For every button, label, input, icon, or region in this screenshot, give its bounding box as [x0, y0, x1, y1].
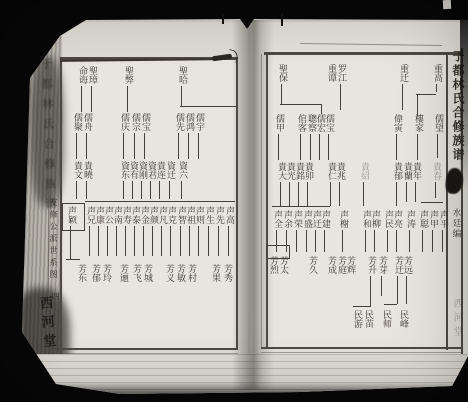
tree-connector: [85, 201, 235, 202]
book-photo: 于都林氏合修族谱 西河堂 命诲聖璋聖弊聖哈儒聚儒舟儒庆儒宗儒宝儒先儒鸿儒宇貴文貴…: [0, 0, 468, 402]
genealogy-name: 儒宇: [194, 113, 204, 131]
genealogy-name: 声涛: [405, 210, 415, 228]
genealogy-name: 儒甲: [274, 114, 284, 132]
chart-border: [266, 52, 268, 348]
tree-connector: [417, 94, 418, 116]
tree-connector: [421, 202, 443, 203]
genealogy-name: 聖弊: [123, 66, 133, 84]
chart-border: [236, 57, 238, 349]
tree-line: [127, 86, 128, 112]
tree-line: [387, 230, 388, 252]
genealogy-name: 芳逦: [118, 264, 128, 282]
chart-border: [48, 353, 238, 354]
tree-line: [315, 230, 316, 252]
genealogy-name: 儒望: [433, 114, 443, 132]
genealogy-name: 民师: [381, 310, 391, 328]
tree-line: [81, 86, 82, 112]
genealogy-name: 芳村: [186, 264, 196, 282]
tree-line: [342, 230, 343, 252]
genealogy-name: 貴紹: [359, 162, 369, 180]
tree-line: [116, 226, 117, 256]
genealogy-name: 貴兆: [335, 162, 345, 180]
tree-line: [218, 226, 219, 256]
tree-line: [189, 226, 190, 256]
genealogy-name: 芳郁: [90, 264, 100, 282]
tree-line: [296, 230, 297, 252]
tree-line: [198, 133, 199, 159]
tree-line: [125, 226, 126, 256]
tree-line: [180, 226, 181, 256]
tree-line: [417, 134, 418, 160]
genealogy-name: 儒宗: [130, 113, 140, 131]
genealogy-name: 重迁: [398, 64, 408, 82]
tree-line: [141, 181, 142, 199]
tree-line: [422, 230, 423, 252]
genealogy-name: 芳玲: [101, 264, 111, 282]
tree-line: [208, 226, 209, 256]
tree-line: [134, 133, 135, 159]
genealogy-name: 聖璋: [87, 66, 97, 84]
left-page-section-caption: 友修公派世系图: [48, 198, 59, 282]
chart-border: [261, 347, 462, 349]
genealogy-name: 声建: [320, 210, 330, 228]
genealogy-name: 声聪: [418, 210, 428, 228]
genealogy-name: 儒庆: [119, 113, 129, 131]
tree-line: [374, 230, 375, 252]
tree-line: [381, 276, 382, 296]
tree-line: [442, 230, 443, 252]
photo-artifact: [443, 0, 451, 9]
tree-line: [409, 230, 410, 252]
photo-artifact: [281, 14, 283, 26]
genealogy-name: 芳久: [307, 256, 317, 274]
tree-line: [161, 226, 162, 256]
open-book: 于都林氏合修族谱 西河堂 命诲聖璋聖弊聖哈儒聚儒舟儒庆儒宗儒宝儒先儒鸿儒宇貴文貴…: [0, 0, 468, 402]
genealogy-name: 重谭: [326, 64, 336, 82]
tree-line: [436, 84, 437, 92]
chart-border: [446, 52, 448, 350]
tree-line: [150, 181, 151, 199]
left-page-number: 四: [50, 292, 61, 300]
genealogy-name: 声亮: [392, 210, 402, 228]
tree-connector: [66, 259, 80, 260]
tree-line: [306, 230, 307, 252]
genealogy-name: 民苗: [363, 310, 373, 328]
genealogy-name: 芳敏: [175, 264, 185, 282]
genealogy-name: 倌客: [296, 114, 306, 132]
tree-line: [143, 226, 144, 256]
tree-line: [169, 181, 170, 199]
tree-connector: [353, 306, 371, 307]
tree-line: [181, 181, 182, 199]
tree-line: [363, 182, 364, 206]
genealogy-name: 芳飞: [131, 264, 141, 282]
genealogy-name: 芳成: [326, 256, 336, 274]
right-edge-shadow: [460, 20, 468, 190]
genealogy-name: 儒舟: [82, 113, 92, 131]
tree-line: [278, 134, 279, 160]
tree-line: [330, 182, 331, 206]
tree-line: [228, 226, 229, 256]
genealogy-name: 偉寅: [392, 114, 402, 132]
tree-line: [123, 181, 124, 199]
tree-line: [310, 134, 311, 160]
chart-border: [264, 52, 462, 55]
genealogy-name: 芳芽: [377, 256, 387, 274]
tree-line: [406, 182, 407, 202]
tree-line: [159, 181, 160, 199]
genealogy-name: 芳秀: [222, 264, 232, 282]
tree-line: [280, 182, 281, 206]
genealogy-name: 声生: [204, 206, 214, 224]
name-box: [266, 245, 290, 259]
tree-line: [198, 226, 199, 256]
genealogy-name: 聖保: [277, 64, 287, 82]
tree-line: [340, 84, 341, 110]
tree-line: [298, 182, 299, 206]
genealogy-name: 資迁: [165, 161, 175, 179]
chart-border: [261, 54, 262, 348]
tree-line: [76, 181, 77, 199]
tree-line: [170, 226, 171, 256]
tree-line: [123, 133, 124, 159]
tree-line: [86, 133, 87, 159]
chart-border: [48, 348, 238, 350]
genealogy-name: 芳辉: [345, 256, 355, 274]
tree-line: [144, 133, 145, 159]
tree-connector: [416, 94, 436, 95]
tree-line: [289, 182, 290, 206]
tree-connector: [272, 206, 330, 207]
genealogy-name: 貴曉: [82, 161, 92, 179]
genealogy-name: 声高: [224, 206, 234, 224]
tree-line: [86, 181, 87, 199]
tree-line: [300, 134, 301, 160]
genealogy-name: 芳城: [142, 264, 152, 282]
tree-line: [152, 226, 153, 256]
book-gutter: [232, 20, 274, 390]
genealogy-name: 声柳: [370, 210, 380, 228]
genealogy-name: 芳义: [164, 264, 174, 282]
genealogy-name: 芳远: [402, 256, 412, 274]
right-chart-area: [267, 53, 446, 348]
tree-line: [134, 226, 135, 256]
genealogy-name: 樓家: [413, 114, 423, 132]
left-chart-area: [61, 58, 237, 349]
genealogy-name: 声余: [282, 210, 292, 228]
tree-connector: [180, 106, 236, 107]
tree-line: [178, 133, 179, 159]
tree-line: [370, 276, 371, 306]
tree-line: [365, 230, 366, 252]
hall-name: 西河堂: [449, 298, 464, 340]
tree-line: [406, 276, 407, 304]
tree-line: [328, 134, 329, 160]
genealogy-name: 罗江: [336, 64, 346, 82]
genealogy-name: 貴卯: [303, 162, 313, 180]
genealogy-name: 声全: [272, 210, 282, 228]
name-box: [62, 203, 85, 231]
genealogy-name: 聖哈: [177, 66, 187, 84]
genealogy-name: 芳升: [366, 256, 376, 274]
tree-line: [132, 181, 133, 199]
tree-line: [181, 86, 182, 106]
genealogy-name: 命诲: [77, 66, 87, 84]
tree-line: [437, 134, 438, 158]
genealogy-name: 貴郁: [392, 162, 402, 180]
genealogy-name: 芳果: [210, 264, 220, 282]
genealogy-name: 声榭: [338, 210, 348, 228]
tree-line: [324, 230, 325, 252]
genealogy-name: 声先: [214, 206, 224, 224]
tree-connector: [321, 104, 322, 114]
genealogy-name: 儒聚: [72, 113, 82, 131]
tree-connector: [384, 304, 397, 305]
tree-line: [188, 133, 189, 159]
genealogy-name: 儒先: [174, 113, 184, 131]
tree-connector: [280, 104, 322, 105]
tree-line: [91, 86, 92, 112]
tree-line: [396, 230, 397, 252]
genealogy-name: 声克: [166, 206, 176, 224]
tree-line: [281, 84, 282, 104]
genealogy-name: 民峰: [398, 310, 408, 328]
genealogy-name: 声荣: [292, 210, 302, 228]
genealogy-name: 貴春: [431, 162, 441, 180]
tree-line: [396, 134, 397, 160]
tree-line: [397, 276, 398, 304]
tree-line: [402, 84, 403, 110]
genealogy-name: 貴年: [411, 162, 421, 180]
genealogy-name: 儒宝: [324, 114, 334, 132]
chart-border: [261, 352, 462, 353]
genealogy-name: 民游: [352, 310, 362, 328]
tree-line: [396, 182, 397, 206]
tree-line: [89, 226, 90, 256]
tree-line: [319, 134, 320, 160]
genealogy-name: 貴连: [155, 161, 165, 179]
genealogy-name: 儒鸿: [184, 113, 194, 131]
editor-credit: 水廷编: [450, 208, 462, 240]
tree-line: [432, 230, 433, 252]
tree-line: [339, 182, 340, 206]
genealogy-name: 声则: [194, 206, 204, 224]
genealogy-name: 声平: [438, 210, 448, 228]
genealogy-name: 貴文: [72, 161, 82, 179]
genealogy-name: 声甲: [428, 210, 438, 228]
genealogy-name: 資六: [177, 161, 187, 179]
tree-line: [435, 182, 436, 198]
genealogy-name: 重高: [432, 64, 442, 82]
tree-line: [98, 226, 99, 256]
photo-artifact: [222, 14, 224, 24]
genealogy-name: 儒宝: [140, 113, 150, 131]
tree-line: [415, 182, 416, 202]
tree-line: [307, 182, 308, 206]
genealogy-name: 芳东: [76, 264, 86, 282]
tree-line: [76, 133, 77, 159]
tree-line: [107, 226, 108, 256]
